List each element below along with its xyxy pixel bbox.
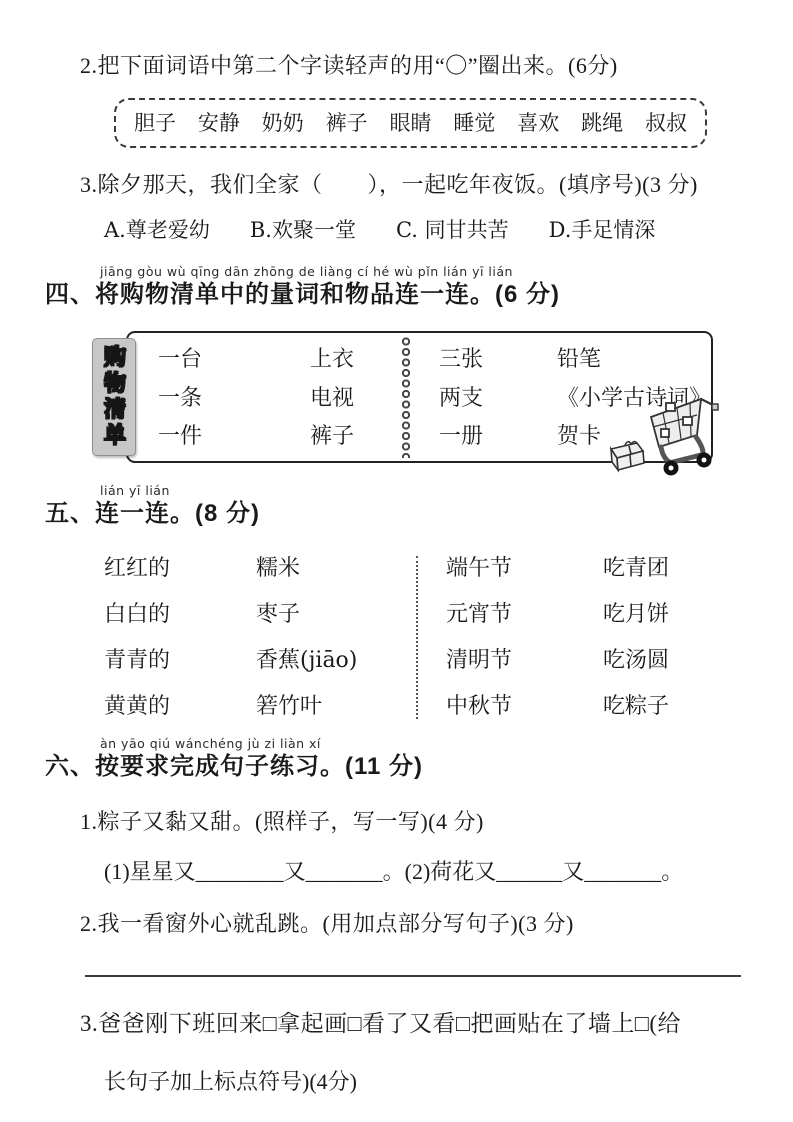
section-5-title: 五、连一连。(8 分) [45,498,793,530]
match-row: 清明节 吃汤圆 [446,646,669,675]
match-row: 白白的 枣子 [104,600,416,629]
sentence-item-2: 2.我一看窗外心就乱跳。(用加点部分写句子)(3 分) [80,908,753,939]
list-row: 一台 上衣 [158,346,399,374]
match-item: 吃汤圆 [603,646,669,675]
measure-word: 两支 [439,385,557,413]
item-word: 贺卡 [557,423,601,451]
gift-box-icon [611,442,644,471]
match-row: 元宵节 吃月饼 [446,600,669,629]
match-item: 枣子 [256,600,300,629]
word-item-4: 裤子 [326,110,368,136]
question-3-text: 3.除夕那天，我们全家（ ），一起吃年夜饭。(填序号)(3 分) [80,169,753,200]
matching-group-left: 红红的 糯米 白白的 枣子 青青的 香蕉(jiāo) 黄黄的 箬竹叶 [104,554,416,721]
match-item: 端午节 [446,554,603,583]
match-item: 白白的 [104,600,256,629]
list-row: 一条 电视 [158,385,399,413]
word-item-1: 胆子 [134,110,176,136]
matching-area: 红红的 糯米 白白的 枣子 青青的 香蕉(jiāo) 黄黄的 箬竹叶 端午节 吃… [104,554,743,721]
match-item: 黄黄的 [104,692,256,721]
word-item-7: 喜欢 [517,110,559,136]
match-row: 青青的 香蕉(jiāo) [104,646,416,675]
shopping-list-tag: 购物清单 [92,338,136,456]
sentence-item-1-blanks: (1)星星又________又_______。(2)荷花又______又____… [104,856,753,887]
list-left-page: 一台 上衣 一条 电视 一件 裤子 [128,333,399,461]
word-item-3: 奶奶 [262,110,304,136]
option-c: C. 同甘共苦 [396,215,509,245]
list-row: 一件 裤子 [158,423,399,451]
match-item: 元宵节 [446,600,603,629]
option-b: B.欢聚一堂 [250,215,356,245]
match-item: 糯米 [256,554,300,583]
question-2-text: 2.把下面词语中第二个字读轻声的用“〇”圈出来。(6分) [80,0,753,81]
match-item: 吃粽子 [603,692,669,721]
section-6-pinyin: àn yāo qiú wánchéng jù zi liàn xí [100,736,793,751]
match-item: 箬竹叶 [256,692,322,721]
item-word: 电视 [310,385,354,413]
measure-word: 一册 [439,423,557,451]
shopping-cart-icon [603,391,725,479]
option-a: A.尊老爱幼 [104,215,210,245]
section-6-title: 六、按要求完成句子练习。(11 分) [45,751,793,783]
word-item-2: 安静 [198,110,240,136]
word-item-9: 叔叔 [645,110,687,136]
match-item: 吃青团 [603,554,669,583]
word-bank-box: 胆子 安静 奶奶 裤子 眼睛 睡觉 喜欢 跳绳 叔叔 [114,98,707,148]
spiral-binding [399,336,413,458]
measure-word: 三张 [439,346,557,374]
exam-page: 2.把下面词语中第二个字读轻声的用“〇”圈出来。(6分) 胆子 安静 奶奶 裤子… [0,0,793,1122]
section-4-pinyin: jiāng gòu wù qīng dān zhōng de liàng cí … [100,264,793,279]
section-4-title: 四、将购物清单中的量词和物品连一连。(6 分) [45,279,793,311]
answer-line [85,975,741,977]
word-item-5: 眼睛 [390,110,432,136]
section-5-pinyin: lián yī lián [100,483,793,498]
match-row: 黄黄的 箬竹叶 [104,692,416,721]
match-item: 中秋节 [446,692,603,721]
match-item: 清明节 [446,646,603,675]
option-d: D.手足情深 [549,215,656,245]
item-word: 上衣 [310,346,354,374]
measure-word: 一条 [158,385,310,413]
list-row: 三张 铅笔 [439,346,711,374]
item-word: 裤子 [310,423,354,451]
match-item: 红红的 [104,554,256,583]
match-row: 端午节 吃青团 [446,554,669,583]
sentence-item-3-line2: 长句子加上标点符号)(4分) [104,1066,753,1097]
shopping-list-tag-label: 购物清单 [99,345,130,449]
matching-group-right: 端午节 吃青团 元宵节 吃月饼 清明节 吃汤圆 中秋节 吃粽子 [446,554,669,721]
item-word: 铅笔 [557,346,601,374]
word-item-6: 睡觉 [453,110,495,136]
sentence-item-3-line1: 3.爸爸刚下班回来□拿起画□看了又看□把画贴在了墙上□(给 [80,1008,753,1039]
match-item: 青青的 [104,646,256,675]
shopping-list-box: 购物清单 一台 上衣 一条 电视 一件 裤子 三张 [92,331,713,463]
match-item: 香蕉(jiāo) [256,646,357,675]
match-row: 红红的 糯米 [104,554,416,583]
measure-word: 一件 [158,423,310,451]
sentence-item-1: 1.粽子又黏又甜。(照样子，写一写)(4 分) [80,806,753,837]
measure-word: 一台 [158,346,310,374]
match-row: 中秋节 吃粽子 [446,692,669,721]
question-3-options: A.尊老爱幼 B.欢聚一堂 C. 同甘共苦 D.手足情深 [104,215,753,245]
matching-divider [416,556,418,719]
match-item: 吃月饼 [603,600,669,629]
word-item-8: 跳绳 [581,110,623,136]
